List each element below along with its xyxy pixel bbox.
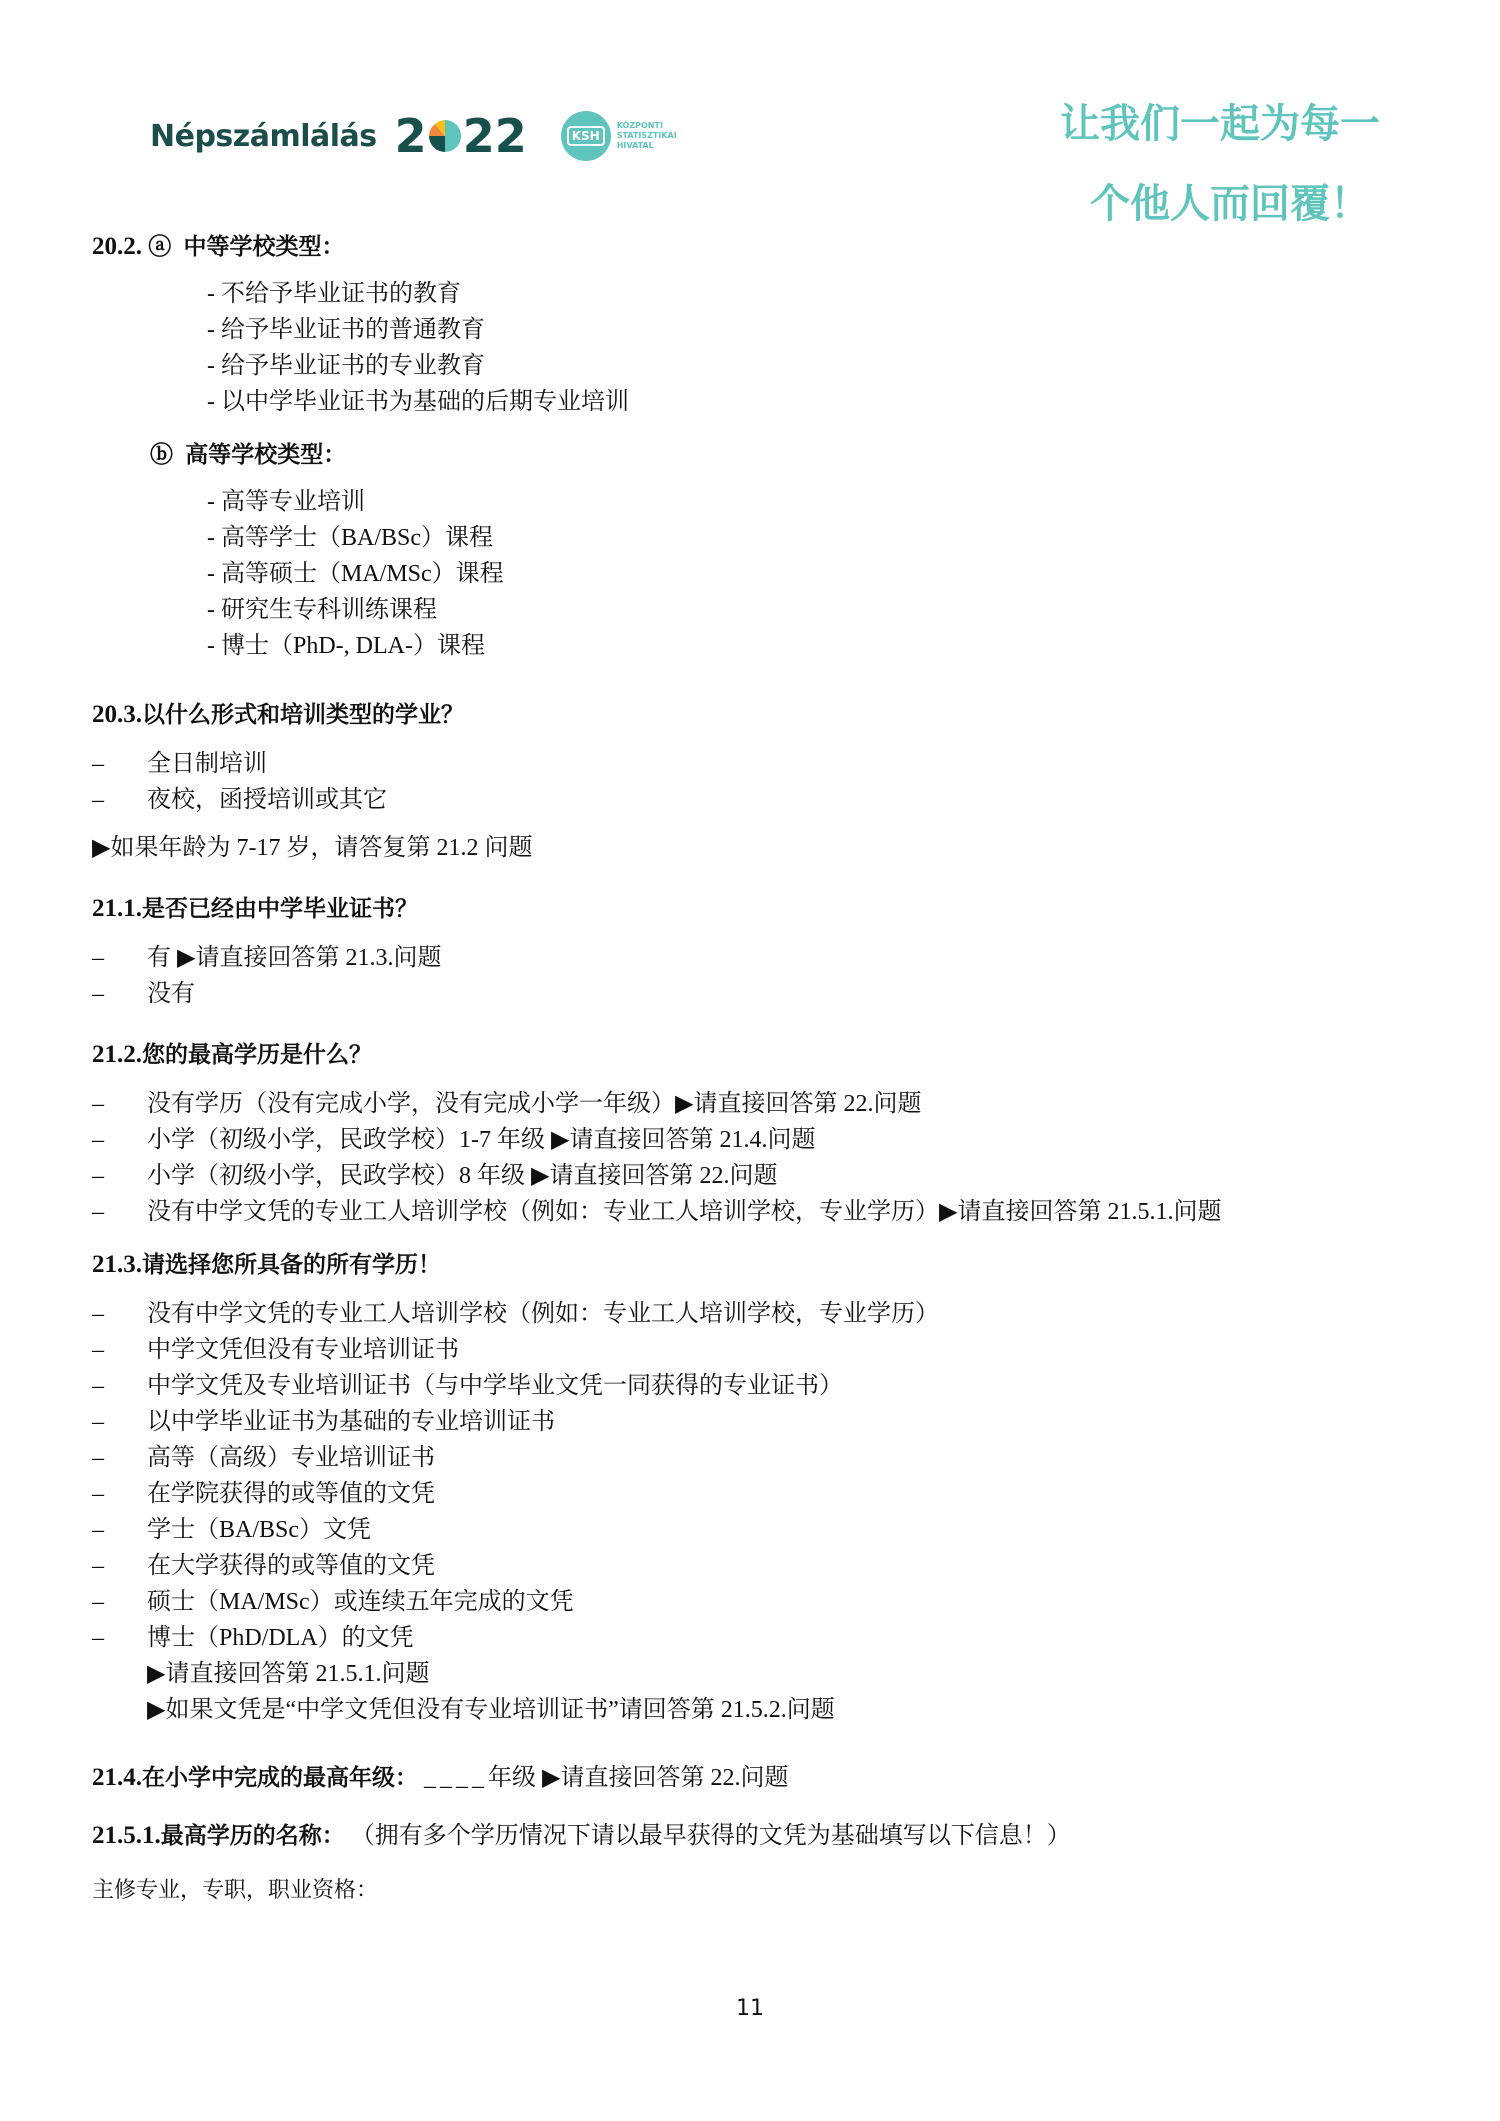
list-item: - 给予毕业证书的普通教育 [207,312,1440,348]
list-item: - 研究生专科训练课程 [207,592,1440,628]
census-logo: Népszámlálás 2 22 KSH KÖZPONTI STATISZTI… [150,108,677,164]
option-item[interactable]: –没有中学文凭的专业工人培训学校（例如：专业工人培训学校，专业学历）▶请直接回答… [92,1194,1440,1230]
option-item[interactable]: –没有学历（没有完成小学，没有完成小学一年级）▶请直接回答第 22.问题 [92,1086,1440,1122]
list-item: - 博士（PhD-, DLA-）课程 [207,628,1440,664]
list-item: - 以中学毕业证书为基础的后期专业培训 [207,384,1440,420]
question-21-4: 21.4.在小学中完成的最高年级： ____年级 ▶请直接回答第 22.问题 [92,1760,1440,1796]
list-item: - 高等专业培训 [207,484,1440,520]
question-21-2: 21.2.您的最高学历是什么？ –没有学历（没有完成小学，没有完成小学一年级）▶… [92,1040,1440,1230]
question-21-5-1: 21.5.1.最高学历的名称： （拥有多个学历情况下请以最早获得的文凭为基础填写… [92,1818,1440,1908]
skip-note: ▶如果文凭是“中学文凭但没有专业培训证书”请回答第 21.5.2.问题 [92,1692,1440,1728]
slogan: 让我们一起为每一 个他人而回覆！ [1030,84,1410,244]
ksh-circle-icon: KSH [561,111,611,161]
question-heading: 21.1.是否已经由中学毕业证书？ [92,894,1440,924]
option-item[interactable]: –小学（初级小学，民政学校）1-7 年级 ▶请直接回答第 21.4.问题 [92,1122,1440,1158]
question-heading: 21.2.您的最高学历是什么？ [92,1040,1440,1070]
question-heading: 21.4.在小学中完成的最高年级： [92,1764,418,1791]
page-number: 11 [0,1996,1500,2021]
skip-note: ▶请直接回答第 21.5.1.问题 [92,1656,1440,1692]
skip-note: ▶如果年龄为 7-17 岁，请答复第 21.2 问题 [92,830,1440,866]
option-item[interactable]: –全日制培训 [92,746,1440,782]
question-heading: 20.3.以什么形式和培训类型的学业？ [92,700,1440,730]
question-heading: 21.3.请选择您所具备的所有学历！ [92,1250,1440,1280]
major-field-label: 主修专业，专职，职业资格： [92,1872,1440,1908]
question-heading: 21.5.1.最高学历的名称： [92,1822,345,1849]
option-item[interactable]: –小学（初级小学，民政学校）8 年级 ▶请直接回答第 22.问题 [92,1158,1440,1194]
list-item: - 给予毕业证书的专业教育 [207,348,1440,384]
document-page: Népszámlálás 2 22 KSH KÖZPONTI STATISZTI… [0,0,1500,2121]
list-item: - 不给予毕业证书的教育 [207,276,1440,312]
instruction-text: （拥有多个学历情况下请以最早获得的文凭为基础填写以下信息！） [351,1823,1071,1849]
question-21-1: 21.1.是否已经由中学毕业证书？ –有 ▶请直接回答第 21.3.问题 –没有 [92,894,1440,1012]
grade-blank-field[interactable]: ____ [424,1760,488,1796]
option-item[interactable]: –有 ▶请直接回答第 21.3.问题 [92,940,1440,976]
option-item[interactable]: –中学文凭但没有专业培训证书 [92,1332,1440,1368]
pie-chart-icon [428,119,462,153]
option-item[interactable]: –在大学获得的或等值的文凭 [92,1548,1440,1584]
option-item[interactable]: –没有中学文凭的专业工人培训学校（例如：专业工人培训学校，专业学历） [92,1296,1440,1332]
option-item[interactable]: –高等（高级）专业培训证书 [92,1440,1440,1476]
question-20-3: 20.3.以什么形式和培训类型的学业？ –全日制培训 –夜校，函授培训或其它 ▶… [92,700,1440,866]
logo-wordmark: Népszámlálás [150,119,377,154]
option-item[interactable]: –学士（BA/BSc）文凭 [92,1512,1440,1548]
option-item[interactable]: –博士（PhD/DLA）的文凭 [92,1620,1440,1656]
subheading-b: ⓑ 高等学校类型： [92,440,1440,470]
question-heading: 20.2. ⓐ 中等学校类型： [92,232,1440,262]
option-item[interactable]: –在学院获得的或等值的文凭 [92,1476,1440,1512]
logo-year: 2 22 [395,109,527,163]
list-item: - 高等硕士（MA/MSc）课程 [207,556,1440,592]
option-item[interactable]: –硕士（MA/MSc）或连续五年完成的文凭 [92,1584,1440,1620]
option-item[interactable]: –中学文凭及专业培训证书（与中学毕业文凭一同获得的专业证书） [92,1368,1440,1404]
question-20-2: 20.2. ⓐ 中等学校类型： - 不给予毕业证书的教育 - 给予毕业证书的普通… [92,232,1440,664]
question-21-3: 21.3.请选择您所具备的所有学历！ –没有中学文凭的专业工人培训学校（例如：专… [92,1250,1440,1728]
option-item[interactable]: –没有 [92,976,1440,1012]
option-item[interactable]: –以中学毕业证书为基础的专业培训证书 [92,1404,1440,1440]
ksh-logo: KSH KÖZPONTI STATISZTIKAI HIVATAL [561,111,677,161]
option-item[interactable]: –夜校，函授培训或其它 [92,782,1440,818]
list-item: - 高等学士（BA/BSc）课程 [207,520,1440,556]
